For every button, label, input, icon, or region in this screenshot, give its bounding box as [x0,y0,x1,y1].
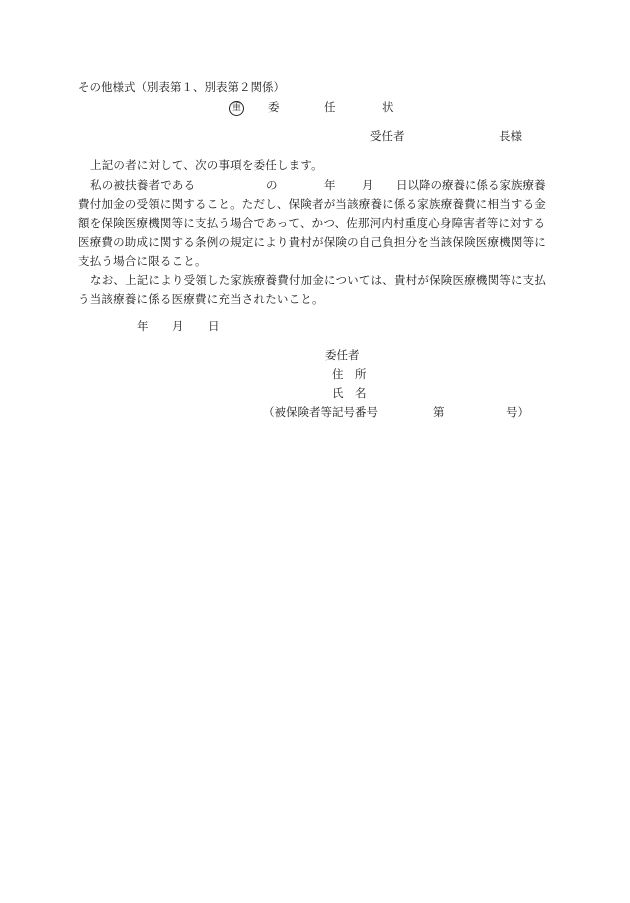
para1-no: の [266,180,278,192]
circled-mark: 重 [229,101,244,116]
para1-year: 年 [324,180,336,192]
date-month: 月 [172,321,184,333]
date-day: 日 [208,321,220,333]
form-label: その他様式（別表第１、別表第２関係） [78,82,285,94]
date-year: 年 [137,321,149,333]
mark-char: 重 [229,101,244,116]
insurance-number-label: （被保険者等記号番号 [263,407,378,419]
para1-tail: 日以降の療養に係る家族療養 [396,180,546,192]
delegator-address-label: 住 所 [332,369,367,381]
addressee-label: 受任者 [370,131,405,143]
addressee-suffix: 長様 [499,131,522,143]
delegator-name-label: 氏 名 [332,388,367,400]
delegator-label: 委任者 [325,350,360,362]
para1-line3: 額を保険医療機関等に支払う場合であって、かつ、佐那河内村重度心身障害者等に対する [78,218,545,230]
para1-month: 月 [362,180,374,192]
para2-line2: う当該療養に係る医療費に充当されたいこと。 [78,294,324,306]
para1-line4: 医療費の助成に関する条例の規定により貴村が保険の自己負担分を当該保険医療機関等に [78,237,546,249]
title-char-3: 状 [382,102,394,114]
title-char-2: 任 [324,102,336,114]
para1-line2: 費付加金の受領に関すること。ただし、保険者が当該療養に係る家族療養費に相当する金 [78,199,546,211]
title-char-1: 委 [268,102,280,114]
insurance-dai: 第 [433,407,445,419]
insurance-go: 号） [506,407,529,419]
para1-line5: 支払う場合に限ること。 [78,256,207,268]
intro-line: 上記の者に対して、次の事項を委任します。 [90,160,323,172]
para1-lead: 私の被扶養者である [90,180,195,192]
para2-line1: なお、上記により受領した家族療養費付加金については、貴村が保険医療機関等に支払 [90,275,546,287]
